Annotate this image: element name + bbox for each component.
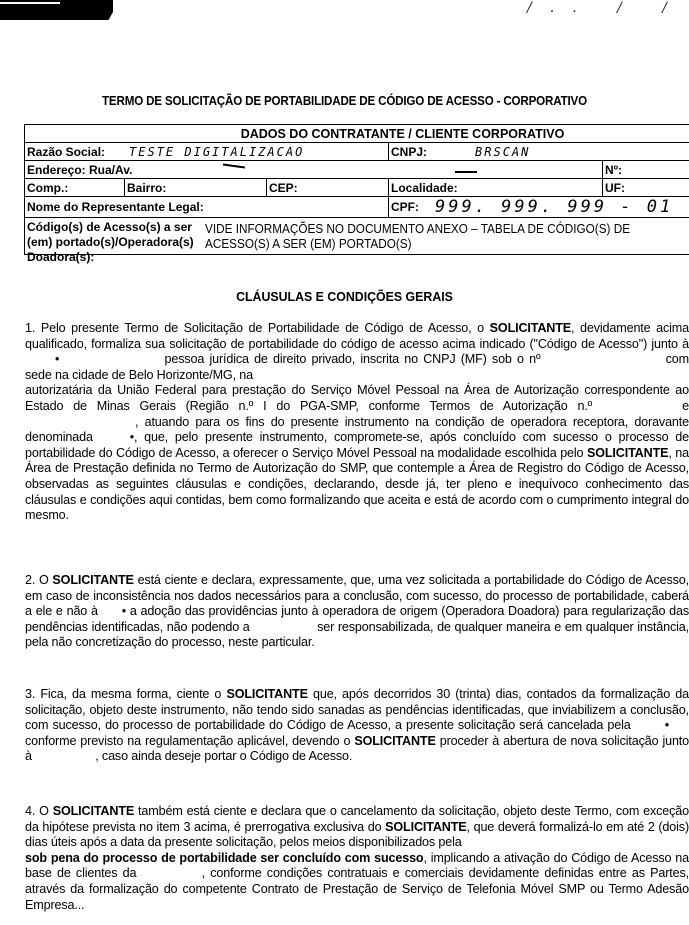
document-title: TERMO DE SOLICITAÇÃO DE PORTABILIDADE DE… (24, 94, 665, 108)
clause-text: autorizatária da União Federal para pres… (25, 383, 689, 413)
clauses-title: CLÁUSULAS E CONDIÇÕES GERAIS (17, 289, 672, 304)
bullet-mark: • (55, 352, 59, 366)
clause-bold: SOLICITANTE (490, 321, 571, 335)
razao-social-label: Razão Social: (27, 145, 105, 159)
uf-field[interactable]: UF: (603, 179, 689, 196)
clause-1: 1. Pelo presente Termo de Solicitação de… (25, 321, 689, 524)
redaction-block (0, 0, 113, 20)
clause-text: conforme previsto na regulamentação apli… (25, 734, 354, 748)
clause-text: 3. Fica, da mesma forma, ciente o (25, 687, 226, 701)
clause-text: 1. Pelo presente Termo de Solicitação de… (25, 321, 490, 335)
handwritten-dash (223, 163, 245, 168)
bairro-field[interactable]: Bairro: (125, 179, 267, 196)
bullet-mark: • (122, 604, 126, 618)
uf-label: UF: (605, 181, 625, 195)
cpf-field[interactable]: CPF: 999. 999. 999 - 01 (389, 197, 689, 217)
form-row-representante: Nome do Representante Legal: CPF: 999. 9… (25, 197, 689, 218)
clause-bold: SOLICITANTE (53, 804, 134, 818)
clause-4: 4. O SOLICITANTE também está ciente e de… (25, 804, 689, 913)
clause-bold: SOLICITANTE (385, 820, 466, 834)
cnpj-field[interactable]: CNPJ: BRSCAN (389, 143, 689, 160)
comp-label: Comp.: (27, 181, 68, 195)
clause-bold: SOLICITANTE (52, 573, 133, 587)
razao-social-field[interactable]: Razão Social: TESTE DIGITALIZACAO (25, 143, 389, 160)
bullet-mark: • (665, 718, 669, 732)
clause-text: , caso ainda deseje portar o Código de A… (95, 749, 352, 763)
cpf-value: 999. 999. 999 - 01 (435, 197, 673, 217)
handwritten-dash (455, 171, 477, 173)
cep-field[interactable]: CEP: (267, 179, 389, 196)
localidade-field[interactable]: Localidade: (389, 179, 603, 196)
endereco-label: Endereço: Rua/Av. (27, 163, 132, 177)
form-section-header: DADOS DO CONTRATANTE / CLIENTE CORPORATI… (25, 125, 689, 142)
clause-text: 2. O (25, 573, 52, 587)
representante-label: Nome do Representante Legal: (27, 200, 204, 214)
razao-social-value: TESTE DIGITALIZACAO (129, 145, 304, 159)
contractor-form: DADOS DO CONTRATANTE / CLIENTE CORPORATI… (24, 124, 689, 255)
numero-field[interactable]: Nº: (603, 161, 689, 178)
cnpj-value: BRSCAN (475, 145, 530, 159)
clause-3: 3. Fica, da mesma forma, ciente o SOLICI… (25, 687, 689, 765)
numero-label: Nº: (605, 163, 622, 177)
localidade-label: Localidade: (391, 181, 458, 195)
clause-bold: sob pena do processo de portabilidade se… (25, 851, 423, 865)
clause-bold: SOLICITANTE (354, 734, 435, 748)
form-row-razao-cnpj: Razão Social: TESTE DIGITALIZACAO CNPJ: … (25, 143, 689, 161)
bairro-label: Bairro: (127, 181, 166, 195)
clause-text: pessoa jurídica de direito privado, insc… (165, 352, 541, 366)
representante-field[interactable]: Nome do Representante Legal: (25, 197, 389, 217)
clause-2: 2. O SOLICITANTE está ciente e declara, … (25, 573, 689, 651)
form-row-endereco: Endereço: Rua/Av. Nº: (25, 161, 689, 179)
cnpj-label: CNPJ: (391, 145, 427, 159)
codigos-value: VIDE INFORMAÇÕES NO DOCUMENTO ANEXO – TA… (205, 218, 661, 254)
cpf-label: CPF: (391, 200, 419, 214)
form-header-row: DADOS DO CONTRATANTE / CLIENTE CORPORATI… (25, 125, 689, 143)
clause-bold: SOLICITANTE (587, 446, 668, 460)
codigos-label: Código(s) de Acesso(s) a ser (em) portad… (25, 218, 205, 254)
corner-marks: /.. / / (527, 0, 685, 16)
comp-field[interactable]: Comp.: (25, 179, 125, 196)
clause-text: 4. O (25, 804, 53, 818)
form-row-comp-bairro: Comp.: Bairro: CEP: Localidade: UF: (25, 179, 689, 197)
clause-text: e (682, 399, 689, 413)
cep-label: CEP: (269, 181, 298, 195)
form-row-codigos: Código(s) de Acesso(s) a ser (em) portad… (25, 218, 689, 255)
endereco-field[interactable]: Endereço: Rua/Av. (25, 161, 603, 178)
clause-bold: SOLICITANTE (226, 687, 307, 701)
